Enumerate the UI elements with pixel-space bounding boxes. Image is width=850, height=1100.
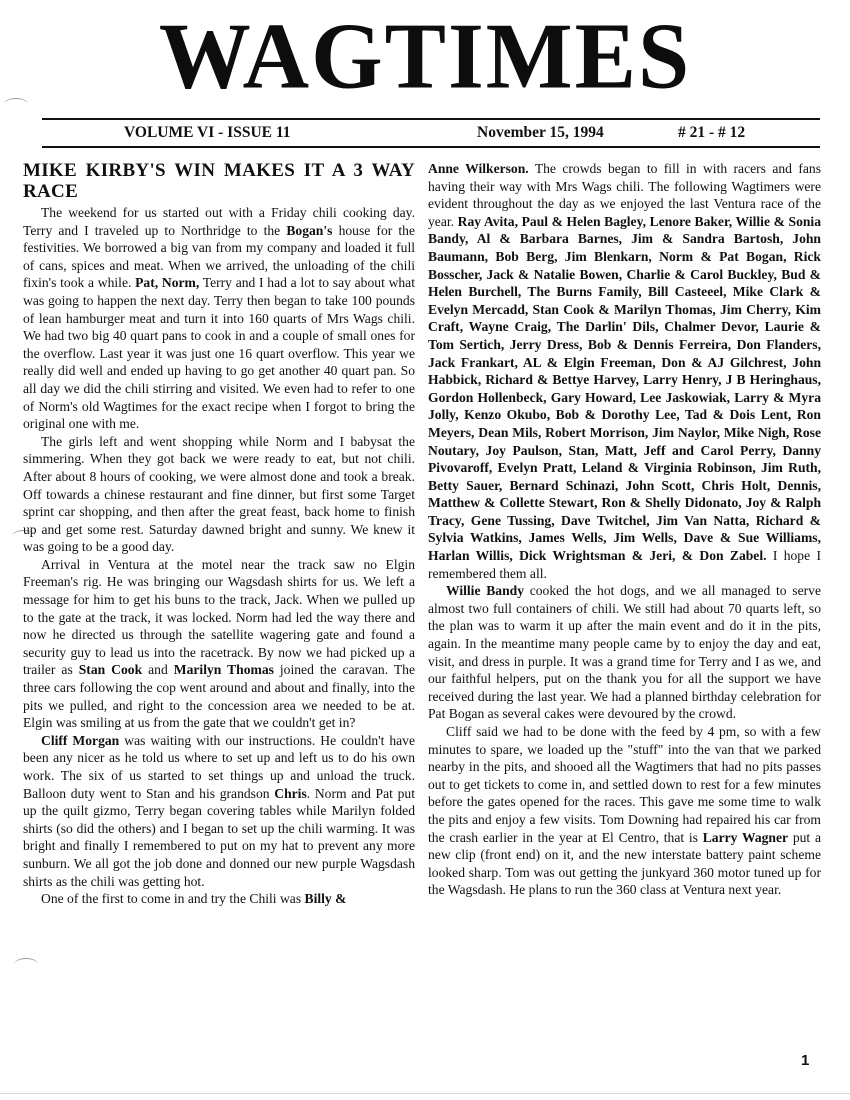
bold-name: Chris: [274, 786, 306, 801]
paragraph-first-guests: One of the first to come in and try the …: [23, 890, 415, 908]
volume-issue: VOLUME VI - ISSUE 11: [124, 122, 291, 144]
paragraph-setup: Cliff Morgan was waiting with our instru…: [23, 732, 415, 890]
bold-name: Pat, Norm,: [135, 275, 199, 290]
bold-name: Anne Wilkerson.: [428, 161, 529, 176]
paragraph-race-prep: Cliff said we had to be done with the fe…: [428, 723, 821, 899]
paragraph-hot-dogs: Willie Bandy cooked the hot dogs, and we…: [428, 582, 821, 723]
bold-name: Cliff Morgan: [41, 733, 119, 748]
issue-numbers: # 21 - # 12: [678, 122, 745, 144]
scan-artifact-bottom: [14, 958, 38, 971]
attendee-list: Ray Avita, Paul & Helen Bagley, Lenore B…: [428, 214, 821, 563]
page-number: 1: [801, 1052, 809, 1069]
bold-name: Marilyn Thomas: [174, 662, 274, 677]
bold-name: Willie Bandy: [446, 583, 524, 598]
article-headline: MIKE KIRBY'S WIN MAKES IT A 3 WAY RACE: [23, 160, 415, 202]
paragraph-shopping: The girls left and went shopping while N…: [23, 433, 415, 556]
scan-edge-line: [0, 1093, 850, 1094]
paragraph-arrival: Arrival in Ventura at the motel near the…: [23, 556, 415, 732]
bold-name: Billy &: [305, 891, 347, 906]
masthead-rule-bottom: [42, 146, 820, 148]
bold-name: Stan Cook: [79, 662, 142, 677]
issue-date: November 15, 1994: [477, 122, 604, 144]
paragraph-attendees: Anne Wilkerson. The crowds began to fill…: [428, 160, 821, 582]
paragraph-chili-cooking: The weekend for us started out with a Fr…: [23, 204, 415, 433]
article-right-column: Anne Wilkerson. The crowds began to fill…: [428, 160, 821, 899]
issue-bar: VOLUME VI - ISSUE 11 November 15, 1994 #…: [0, 122, 850, 144]
bold-name: Larry Wagner: [703, 830, 788, 845]
masthead-title: WAGTIMES: [0, 5, 850, 107]
bold-name: Bogan's: [286, 223, 332, 238]
article-left-column: MIKE KIRBY'S WIN MAKES IT A 3 WAY RACE T…: [23, 160, 415, 908]
masthead-rule-top: [42, 118, 820, 120]
